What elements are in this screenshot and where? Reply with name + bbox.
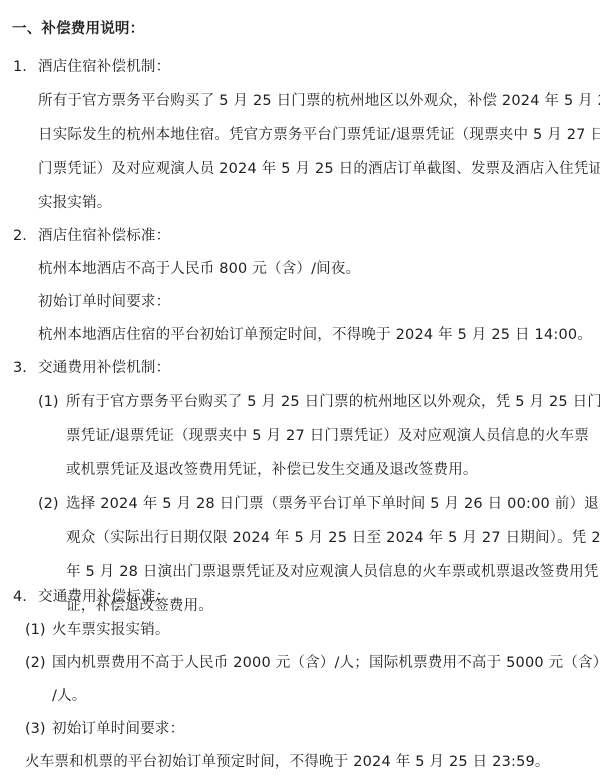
section-3-number: 3. bbox=[13, 358, 27, 378]
section-2-number: 2. bbox=[13, 226, 27, 246]
section-heading: 一、补偿费用说明： bbox=[12, 19, 144, 39]
paragraph-line: 或机票凭证及退改签费用凭证，补偿已发生交通及退改签费用。 bbox=[66, 460, 478, 480]
paragraph-line: 初始订单时间要求： bbox=[38, 292, 170, 312]
paragraph-line: 观众（实际出行日期仅限 2024 年 5 月 25 日至 2024 年 5 月 … bbox=[66, 528, 600, 548]
paragraph-line: 所有于官方票务平台购买了 5 月 25 日门票的杭州地区以外观众，补偿 2024… bbox=[38, 91, 600, 111]
section-2-title: 酒店住宿补偿标准： bbox=[38, 226, 170, 246]
section-4-title: 交通费用补偿标准： bbox=[38, 587, 170, 607]
item-marker: (3) bbox=[25, 719, 46, 739]
paragraph-line: 所有于官方票务平台购买了 5 月 25 日门票的杭州地区以外观众，凭 5 月 2… bbox=[66, 392, 600, 412]
paragraph-line: 实报实销。 bbox=[38, 193, 112, 213]
paragraph-line: 选择 2024 年 5 月 28 日门票（票务平台订单下单时间 5 月 26 日… bbox=[66, 494, 600, 514]
section-3-title: 交通费用补偿机制： bbox=[38, 358, 170, 378]
paragraph-line: 日实际发生的杭州本地住宿。凭官方票务平台门票凭证/退票凭证（现票夹中 5 月 2… bbox=[38, 125, 600, 145]
paragraph-line: 国内机票费用不高于人民币 2000 元（含）/人；国际机票费用不高于 5000 … bbox=[52, 653, 600, 673]
paragraph-line: 杭州本地酒店不高于人民币 800 元（含）/间夜。 bbox=[38, 259, 360, 279]
paragraph-line: 票凭证/退票凭证（现票夹中 5 月 27 日门票凭证）及对应观演人员信息的火车票 bbox=[66, 426, 589, 446]
paragraph-line: 杭州本地酒店住宿的平台初始订单预定时间，不得晚于 2024 年 5 月 25 日… bbox=[38, 325, 592, 345]
paragraph-line: 火车票实报实销。 bbox=[52, 620, 170, 640]
item-marker: (2) bbox=[25, 653, 46, 673]
paragraph-line: 门票凭证）及对应观演人员 2024 年 5 月 25 日的酒店订单截图、发票及酒… bbox=[38, 159, 600, 179]
paragraph-line: 火车票和机票的平台初始订单预定时间，不得晚于 2024 年 5 月 25 日 2… bbox=[25, 752, 550, 772]
section-1-number: 1. bbox=[13, 57, 27, 77]
paragraph-line: 初始订单时间要求： bbox=[52, 719, 184, 739]
item-marker: (1) bbox=[38, 392, 59, 412]
section-4-number: 4. bbox=[13, 587, 27, 607]
item-marker: (2) bbox=[38, 494, 59, 514]
paragraph-line: 年 5 月 28 日演出门票退票凭证及对应观演人员信息的火车票或机票退改签费用凭 bbox=[66, 562, 599, 582]
item-marker: (1) bbox=[25, 620, 46, 640]
section-1-title: 酒店住宿补偿机制： bbox=[38, 57, 170, 77]
paragraph-line: /人。 bbox=[52, 686, 87, 706]
